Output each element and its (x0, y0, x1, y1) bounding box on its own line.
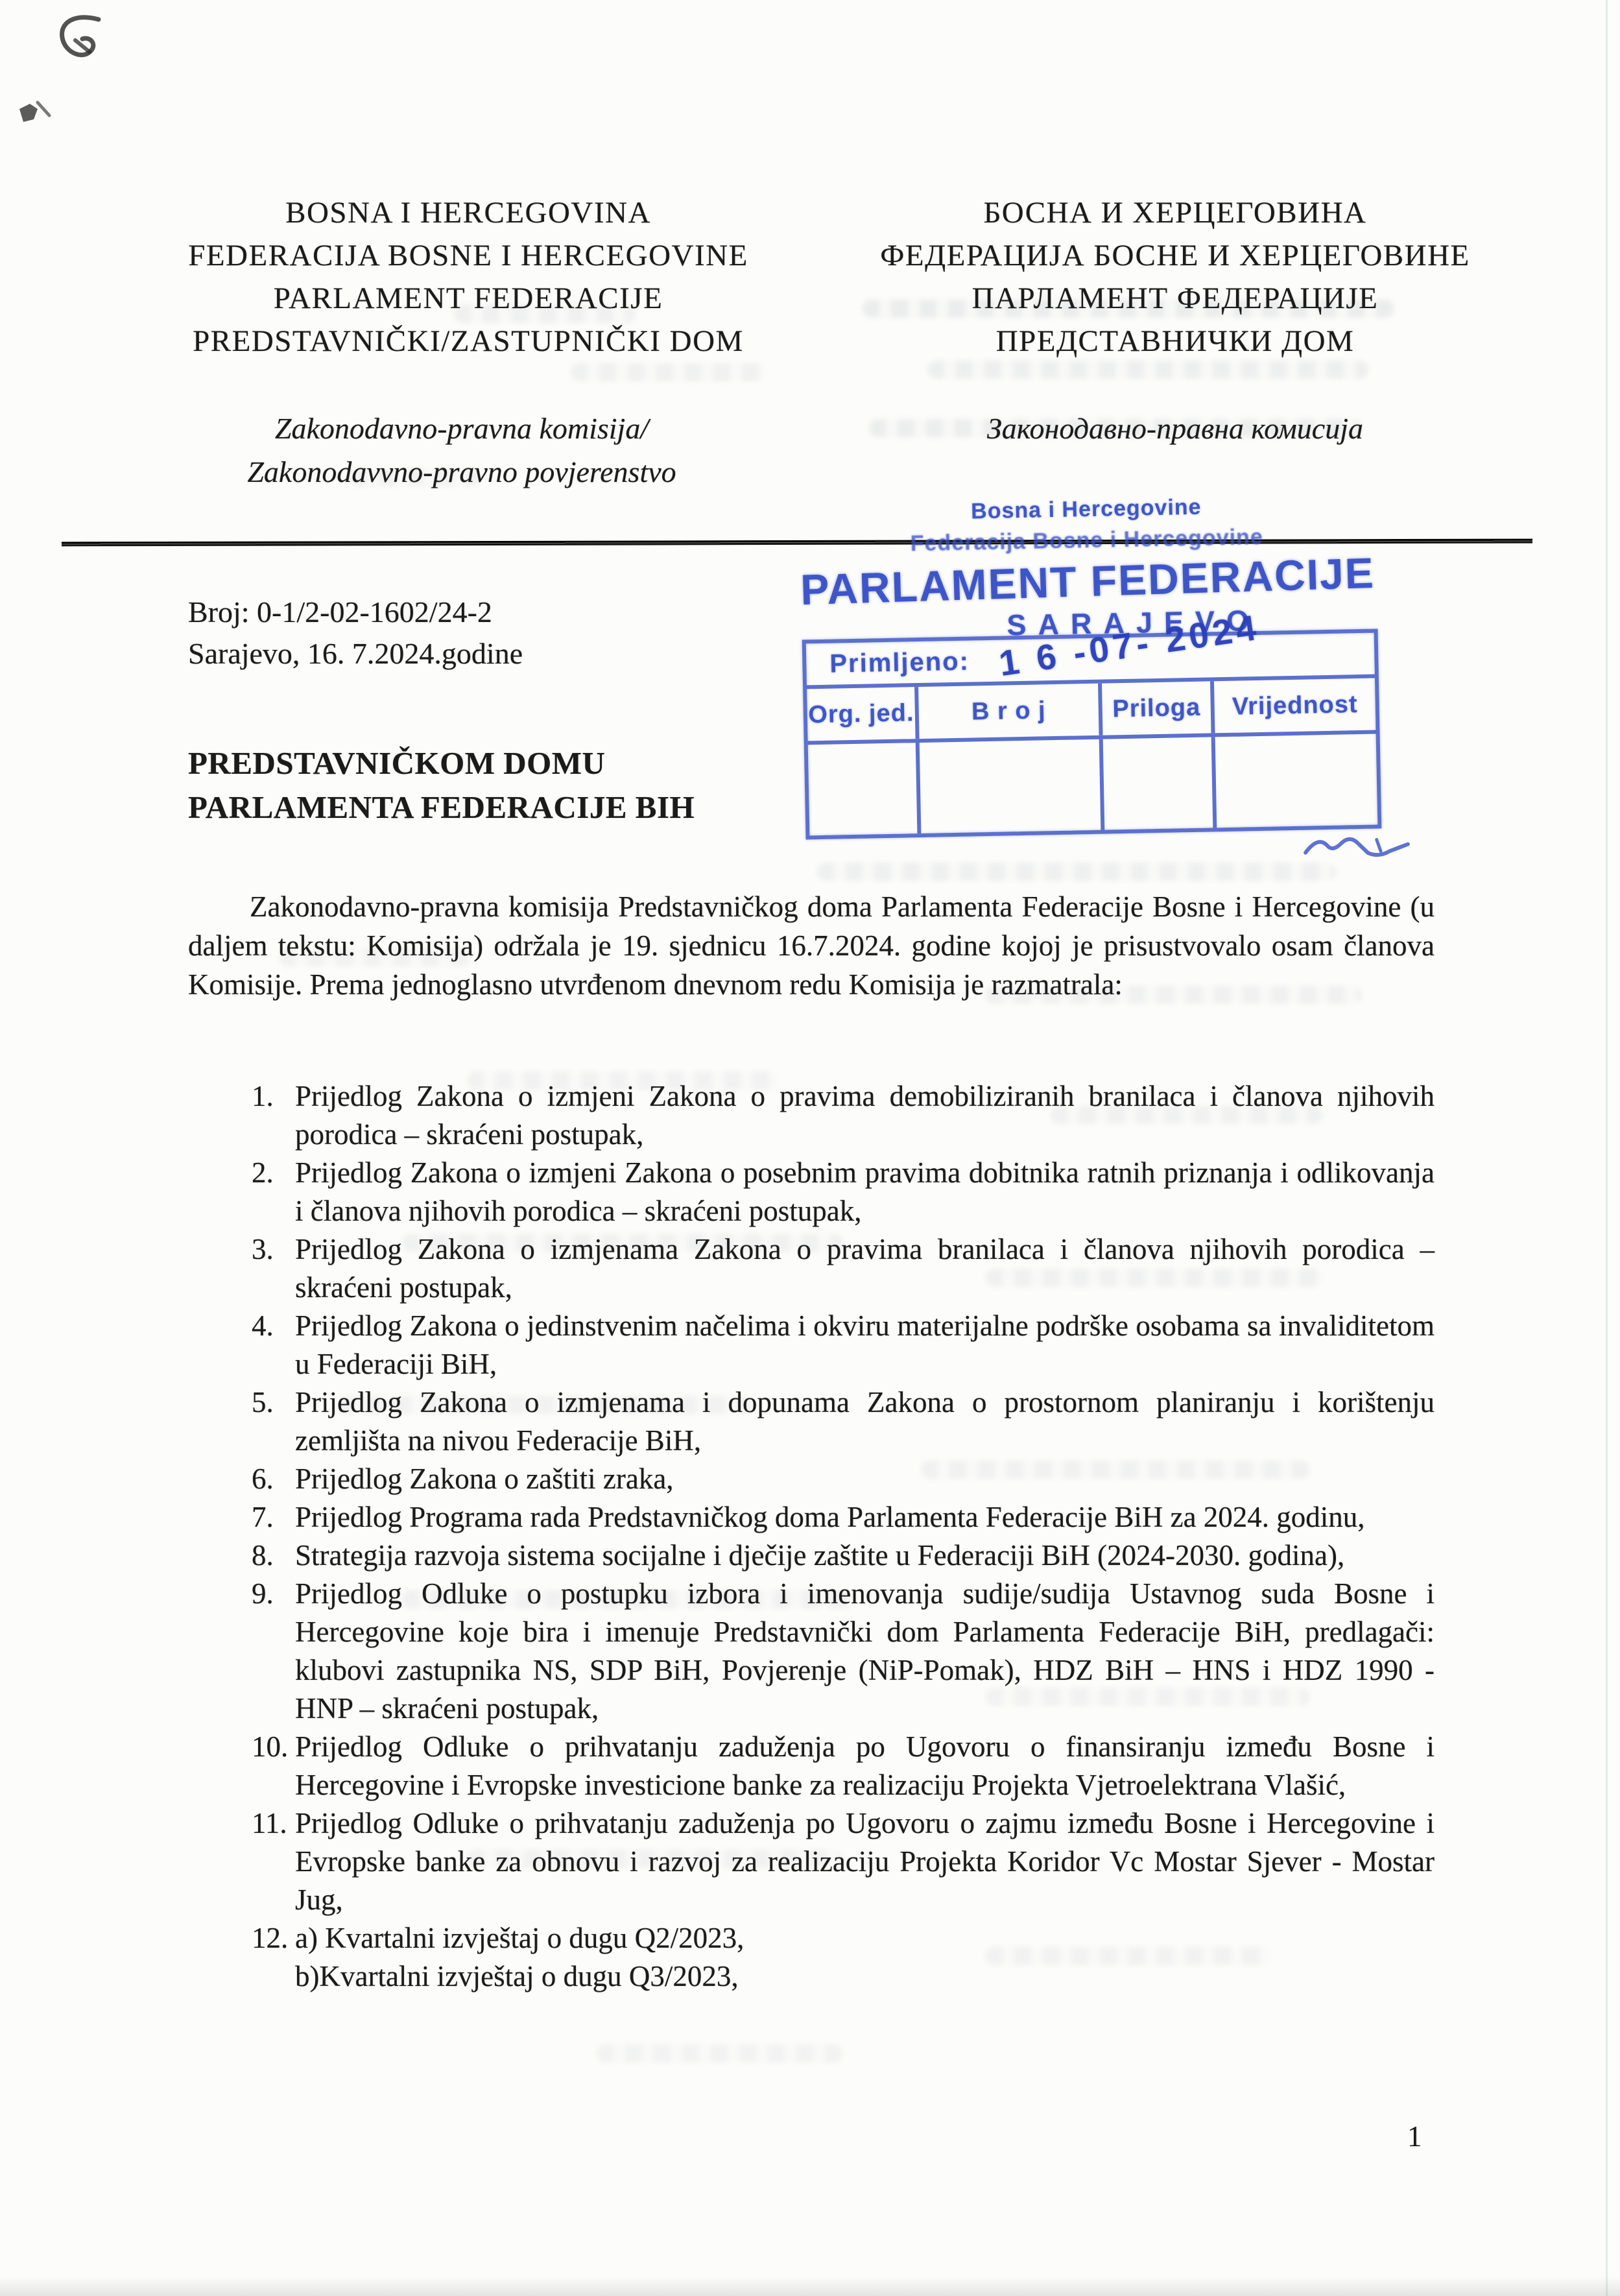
agenda-item-text: Prijedlog Odluke o postupku izbora i ime… (295, 1575, 1435, 1728)
agenda-item: 11.Prijedlog Odluke o prihvatanju zaduže… (252, 1804, 1435, 1919)
agenda-item-number: 3. (252, 1230, 295, 1269)
agenda-item: 8.Strategija razvoja sistema socijalne i… (252, 1537, 1435, 1575)
stamp-empty-cell (916, 739, 1101, 833)
agenda-item-subline: a) Kvartalni izvještaj o dugu Q2/2023, (295, 1919, 1435, 1957)
header-right: БОСНА И ХЕРЦЕГОВИНА ФЕДЕРАЦИЈА БОСНЕ И Х… (831, 191, 1519, 363)
agenda-item-number: 2. (252, 1154, 295, 1192)
agenda-item: 2.Prijedlog Zakona o izmjeni Zakona o po… (252, 1154, 1435, 1230)
reference-block: Broj: 0-1/2-02-1602/24-2 Sarajevo, 16. 7… (188, 592, 523, 675)
stamp-received-label: Primljeno: (806, 647, 970, 679)
bleed-through-artifact (927, 361, 1368, 379)
header-line: ФЕДЕРАЦИЈА БОСНЕ И ХЕРЦЕГОВИНЕ (831, 234, 1519, 277)
agenda-list: 1.Prijedlog Zakona o izmjeni Zakona o pr… (252, 1077, 1435, 1996)
agenda-item-text: Prijedlog Zakona o izmjenama Zakona o pr… (295, 1230, 1435, 1307)
stamp-table-header-row: Org. jed. B r o j Priloga Vrijednost (807, 678, 1376, 745)
subtitle-line: Zakonodavvno-pravno povjerenstvo (118, 450, 805, 494)
stamp-column-label: Priloga (1098, 681, 1211, 735)
agenda-item-number: 12. (252, 1919, 295, 1957)
reference-number: Broj: 0-1/2-02-1602/24-2 (188, 592, 523, 633)
addressee-line: PREDSTAVNIČKOM DOMU (188, 741, 695, 785)
agenda-item-number: 8. (252, 1537, 295, 1575)
agenda-item-number: 9. (252, 1575, 295, 1613)
pen-scribble-artifact (0, 0, 149, 149)
agenda-item-number: 10. (252, 1728, 295, 1766)
stamp-empty-cell (1211, 734, 1378, 828)
bleed-through-artifact (597, 2044, 843, 2063)
stamp-column-label: Vrijednost (1210, 678, 1376, 734)
agenda-item-number: 7. (252, 1498, 295, 1537)
agenda-item-text: a) Kvartalni izvještaj o dugu Q2/2023,b)… (295, 1919, 1435, 1996)
agenda-item-number: 11. (252, 1804, 295, 1843)
subtitle-line: Законодавно-правна комисија (831, 407, 1519, 450)
addressee-block: PREDSTAVNIČKOM DOMU PARLAMENTA FEDERACIJ… (188, 741, 695, 830)
scan-bottom-shade (0, 2277, 1620, 2296)
stamp-table-empty-row (808, 734, 1378, 836)
agenda-item-text: Strategija razvoja sistema socijalne i d… (295, 1537, 1435, 1575)
agenda-item-text: Prijedlog Zakona o zaštiti zraka, (295, 1460, 1435, 1498)
agenda-item-number: 1. (252, 1077, 295, 1116)
stamp-country-line: Bosna i Hercegovine (781, 491, 1392, 528)
stamp-column-label: Org. jed. (807, 687, 916, 741)
subtitle-line: Zakonodavno-pravna komisija/ (118, 407, 805, 450)
agenda-item: 3.Prijedlog Zakona o izmjenama Zakona o … (252, 1230, 1435, 1307)
stamp-empty-cell (808, 743, 918, 835)
stamp-column-label: B r o j (914, 684, 1099, 739)
agenda-item: 1.Prijedlog Zakona o izmjeni Zakona o pr… (252, 1077, 1435, 1154)
page-number: 1 (1407, 2120, 1422, 2153)
stamp-empty-cell (1099, 737, 1213, 830)
agenda-item-text: Prijedlog Zakona o izmjeni Zakona o pose… (295, 1154, 1435, 1230)
addressee-line: PARLAMENTA FEDERACIJE BIH (188, 785, 695, 830)
header-line: ПРЕДСТАВНИЧКИ ДОМ (831, 320, 1519, 363)
agenda-item-text: Prijedlog Odluke o prihvatanju zaduženja… (295, 1728, 1435, 1804)
agenda-item-subline: b)Kvartalni izvještaj o dugu Q3/2023, (295, 1957, 1435, 1996)
intro-paragraph: Zakonodavno-pravna komisija Predstavničk… (188, 887, 1435, 1004)
bleed-through-artifact (571, 363, 765, 381)
header-line: BOSNA I HERCEGOVINA (125, 191, 812, 234)
agenda-item: 5.Prijedlog Zakona o izmjenama i dopunam… (252, 1383, 1435, 1460)
receipt-stamp: Bosna i Hercegovine Federacija Bosne i H… (781, 486, 1398, 880)
agenda-item-number: 4. (252, 1307, 295, 1345)
agenda-item-text: Prijedlog Zakona o izmjenama i dopunama … (295, 1383, 1435, 1460)
agenda-item-number: 6. (252, 1460, 295, 1498)
agenda-item: 6.Prijedlog Zakona o zaštiti zraka, (252, 1460, 1435, 1498)
agenda-item: 9.Prijedlog Odluke o postupku izbora i i… (252, 1575, 1435, 1728)
header-line: ПАРЛАМЕНТ ФЕДЕРАЦИЈЕ (831, 277, 1519, 320)
document-page: BOSNA I HERCEGOVINA FEDERACIJA BOSNE I H… (0, 0, 1620, 2296)
header-line: FEDERACIJA BOSNE I HERCEGOVINE (125, 234, 812, 277)
stamp-handwritten-squiggle (1300, 819, 1417, 867)
agenda-item-text: Prijedlog Odluke o prihvatanju zaduženja… (295, 1804, 1435, 1919)
agenda-item: 10.Prijedlog Odluke o prihvatanju zaduže… (252, 1728, 1435, 1804)
committee-subtitle-left: Zakonodavno-pravna komisija/ Zakonodavvn… (118, 407, 805, 494)
agenda-item-text: Prijedlog Zakona o jedinstvenim načelima… (295, 1307, 1435, 1383)
header-left: BOSNA I HERCEGOVINA FEDERACIJA BOSNE I H… (125, 191, 812, 363)
agenda-item-text: Prijedlog Zakona o izmjeni Zakona o prav… (295, 1077, 1435, 1154)
agenda-item: 4.Prijedlog Zakona o jedinstvenim načeli… (252, 1307, 1435, 1383)
header-line: PARLAMENT FEDERACIJE (125, 277, 812, 320)
agenda-item-number: 5. (252, 1383, 295, 1422)
agenda-item-text: Prijedlog Programa rada Predstavničkog d… (295, 1498, 1435, 1537)
agenda-item: 7.Prijedlog Programa rada Predstavničkog… (252, 1498, 1435, 1537)
committee-subtitle-right: Законодавно-правна комисија (831, 407, 1519, 450)
scan-edge-artifact (1606, 0, 1608, 2296)
reference-date: Sarajevo, 16. 7.2024.godine (188, 633, 523, 675)
header-line: БОСНА И ХЕРЦЕГОВИНА (831, 191, 1519, 234)
header-line: PREDSTAVNIČKI/ZASTUPNIČKI DOM (125, 320, 812, 363)
agenda-item: 12.a) Kvartalni izvještaj o dugu Q2/2023… (252, 1919, 1435, 1996)
